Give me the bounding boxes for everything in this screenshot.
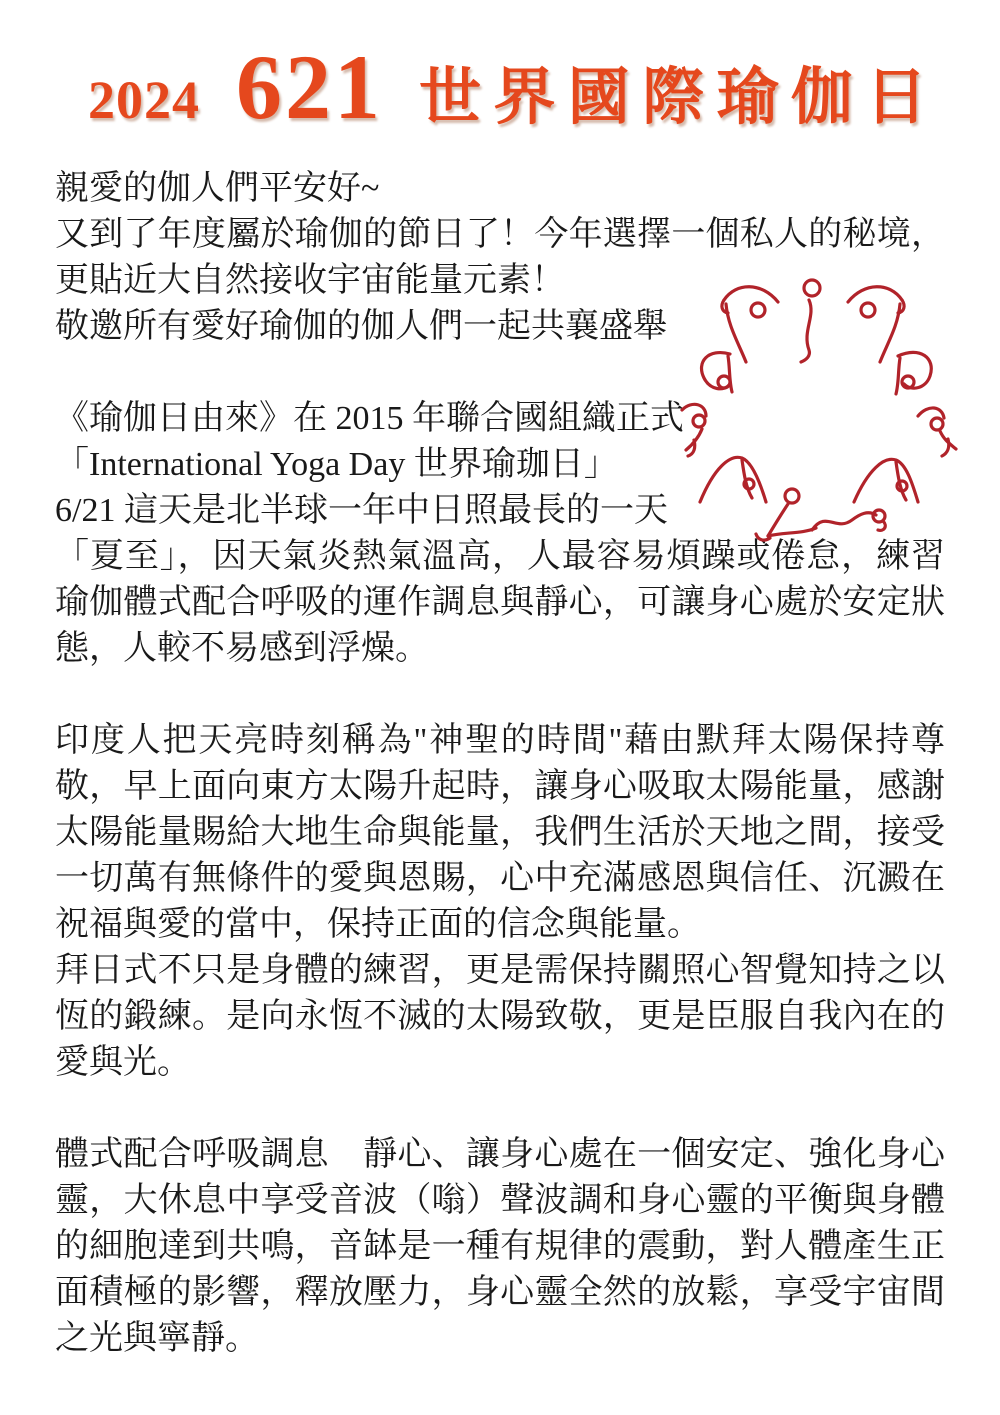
title-heading: 世界國際瑜伽日 bbox=[419, 47, 940, 136]
yoga-pose-standing-prayer-icon bbox=[801, 280, 820, 362]
yoga-pose-forward-fold-right-icon bbox=[896, 352, 931, 394]
sun-salutation-circle-illustration bbox=[652, 258, 974, 554]
text-line: 一切萬有無條件的愛與恩賜，心中充滿感恩與信任、沉澱在 bbox=[55, 856, 945, 902]
text-line: 親愛的伽人們平安好~ bbox=[55, 166, 945, 212]
text-line: 愛與光。 bbox=[55, 1040, 945, 1086]
yoga-pose-lunge-right-icon bbox=[918, 408, 956, 456]
yoga-pose-forward-fold-left-icon bbox=[702, 353, 732, 392]
text-line: 面積極的影響，釋放壓力，身心靈全然的放鬆，享受宇宙間 bbox=[55, 1270, 945, 1316]
poster-title: 2024 621 世界國際瑜伽日 bbox=[88, 34, 940, 140]
yoga-pose-cobra-icon bbox=[812, 510, 885, 530]
yoga-pose-backbend-right-icon bbox=[848, 287, 904, 362]
text-line: 印度人把天亮時刻稱為"神聖的時間"藉由默拜太陽保持尊 bbox=[55, 718, 945, 764]
text-line: 的細胞達到共鳴，音缽是一種有規律的震動，對人體產生正 bbox=[55, 1224, 945, 1270]
text-line: 恆的鍛練。是向永恆不滅的太陽致敬，更是臣服自我內在的 bbox=[55, 994, 945, 1040]
paragraph-sun-salutation: 印度人把天亮時刻稱為"神聖的時間"藉由默拜太陽保持尊 敬，早上面向東方太陽升起時… bbox=[55, 718, 945, 1086]
yoga-pose-backbend-left-icon bbox=[722, 287, 778, 362]
text-line: 態，人較不易感到浮燥。 bbox=[55, 626, 945, 672]
text-line: 敬，早上面向東方太陽升起時，讓身心吸取太陽能量，感謝 bbox=[55, 764, 945, 810]
yoga-day-flyer: 2024 621 世界國際瑜伽日 親愛的伽人們平安好~ 又到了年度屬於瑜伽的節日… bbox=[0, 0, 1000, 1415]
yoga-pose-lunge-left-icon bbox=[682, 404, 706, 456]
text-line: 體式配合呼吸調息 靜心、讓身心處在一個安定、強化身心 bbox=[55, 1132, 945, 1178]
yoga-pose-downward-dog-right-icon bbox=[854, 459, 918, 502]
title-year: 2024 bbox=[88, 69, 200, 131]
text-line: 瑜伽體式配合呼吸的運作調息與靜心，可讓身心處於安定狀 bbox=[55, 580, 945, 626]
title-day-number: 621 bbox=[236, 34, 383, 140]
text-line: 拜日式不只是身體的練習，更是需保持關照心智覺知持之以 bbox=[55, 948, 945, 994]
text-line: 太陽能量賜給大地生命與能量，我們生活於天地之間，接受 bbox=[55, 810, 945, 856]
text-line: 之光與寧靜。 bbox=[55, 1316, 945, 1362]
yoga-pose-downward-dog-left-icon bbox=[700, 457, 766, 502]
text-line: 又到了年度屬於瑜伽的節日了！今年選擇一個私人的秘境， bbox=[55, 212, 945, 258]
paragraph-practice: 體式配合呼吸調息 靜心、讓身心處在一個安定、強化身心 靈，大休息中享受音波（嗡）… bbox=[55, 1132, 945, 1362]
text-line: 祝福與愛的當中，保持正面的信念與能量。 bbox=[55, 902, 945, 948]
text-line: 靈，大休息中享受音波（嗡）聲波調和身心靈的平衡與身體 bbox=[55, 1178, 945, 1224]
